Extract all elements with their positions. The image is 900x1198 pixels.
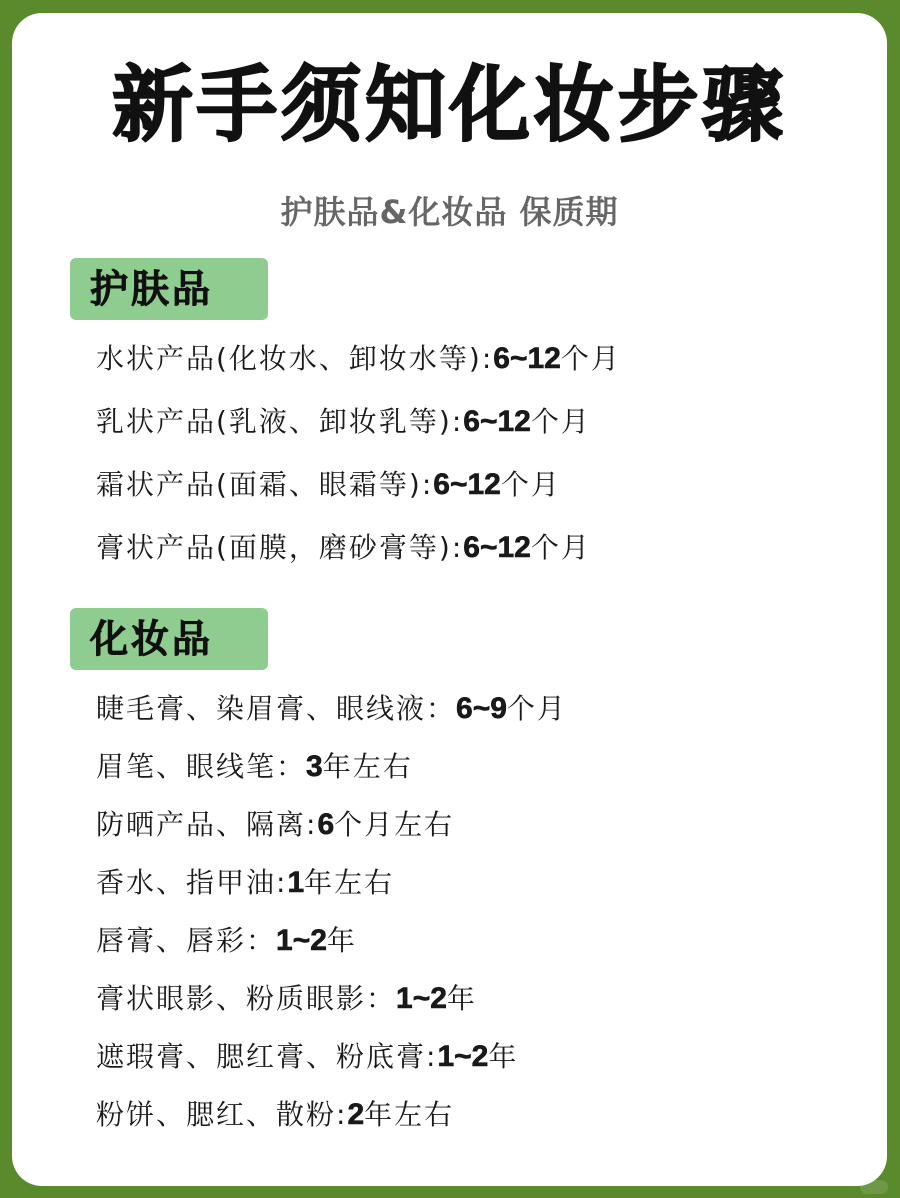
item-value: 6~12 bbox=[463, 405, 531, 438]
item-unit: 个月 bbox=[507, 692, 567, 725]
item-text: 遮瑕膏、腮红膏、粉底膏: bbox=[96, 1040, 437, 1073]
item-text: 睫毛膏、染眉膏、眼线液： bbox=[96, 692, 456, 725]
list-item: 防晒产品、隔离:6个月左右 bbox=[96, 810, 454, 840]
list-item: 眉笔、眼线笔：3年左右 bbox=[96, 752, 413, 782]
item-value: 1 bbox=[287, 866, 304, 899]
list-item: 膏状眼影、粉质眼影：1~2年 bbox=[96, 984, 477, 1014]
item-value: 1~2 bbox=[276, 924, 327, 957]
item-text: 乳状产品(乳液、卸妆乳等): bbox=[96, 405, 463, 438]
item-value: 1~2 bbox=[437, 1040, 488, 1073]
item-text: 唇膏、唇彩： bbox=[96, 924, 276, 957]
section-badge-skincare: 护肤品 bbox=[70, 258, 268, 320]
item-unit: 个月 bbox=[501, 468, 561, 501]
list-item: 粉饼、腮红、散粉:2年左右 bbox=[96, 1100, 454, 1130]
item-unit: 年左右 bbox=[323, 750, 413, 783]
item-value: 2 bbox=[347, 1098, 364, 1131]
item-unit: 个月 bbox=[531, 531, 591, 564]
item-text: 霜状产品(面霜、眼霜等): bbox=[96, 468, 433, 501]
page-title: 新手须知化妆步骤 bbox=[21, 65, 879, 147]
watermark-mark bbox=[860, 1180, 888, 1194]
list-item: 遮瑕膏、腮红膏、粉底膏:1~2年 bbox=[96, 1042, 518, 1072]
item-value: 1~2 bbox=[396, 982, 447, 1015]
item-value: 6~12 bbox=[433, 468, 501, 501]
item-value: 6 bbox=[317, 808, 334, 841]
item-text: 眉笔、眼线笔： bbox=[96, 750, 306, 783]
item-value: 6~12 bbox=[493, 342, 561, 375]
content-card: 新手须知化妆步骤 护肤品&化妆品 保质期 护肤品 水状产品(化妆水、卸妆水等):… bbox=[12, 13, 887, 1186]
list-item: 睫毛膏、染眉膏、眼线液：6~9个月 bbox=[96, 694, 567, 724]
page-subtitle: 护肤品&化妆品 保质期 bbox=[12, 196, 887, 228]
item-text: 香水、指甲油: bbox=[96, 866, 287, 899]
item-unit: 年 bbox=[488, 1040, 518, 1073]
item-text: 膏状眼影、粉质眼影： bbox=[96, 982, 396, 1015]
item-unit: 年 bbox=[327, 924, 357, 957]
item-value: 6~12 bbox=[463, 531, 531, 564]
item-unit: 年 bbox=[447, 982, 477, 1015]
item-value: 3 bbox=[306, 750, 323, 783]
list-item: 霜状产品(面霜、眼霜等):6~12个月 bbox=[96, 470, 561, 500]
item-text: 防晒产品、隔离: bbox=[96, 808, 317, 841]
list-item: 香水、指甲油:1年左右 bbox=[96, 868, 394, 898]
item-text: 膏状产品(面膜，磨砂膏等): bbox=[96, 531, 463, 564]
item-value: 6~9 bbox=[456, 692, 507, 725]
list-item: 唇膏、唇彩：1~2年 bbox=[96, 926, 357, 956]
item-unit: 个月 bbox=[531, 405, 591, 438]
item-unit: 年左右 bbox=[304, 866, 394, 899]
item-unit: 年左右 bbox=[364, 1098, 454, 1131]
item-unit: 个月 bbox=[561, 342, 621, 375]
list-item: 乳状产品(乳液、卸妆乳等):6~12个月 bbox=[96, 407, 591, 437]
item-unit: 个月左右 bbox=[334, 808, 454, 841]
item-text: 粉饼、腮红、散粉: bbox=[96, 1098, 347, 1131]
list-item: 膏状产品(面膜，磨砂膏等):6~12个月 bbox=[96, 533, 591, 563]
list-item: 水状产品(化妆水、卸妆水等):6~12个月 bbox=[96, 344, 621, 374]
section-badge-makeup: 化妆品 bbox=[70, 608, 268, 670]
item-text: 水状产品(化妆水、卸妆水等): bbox=[96, 342, 493, 375]
